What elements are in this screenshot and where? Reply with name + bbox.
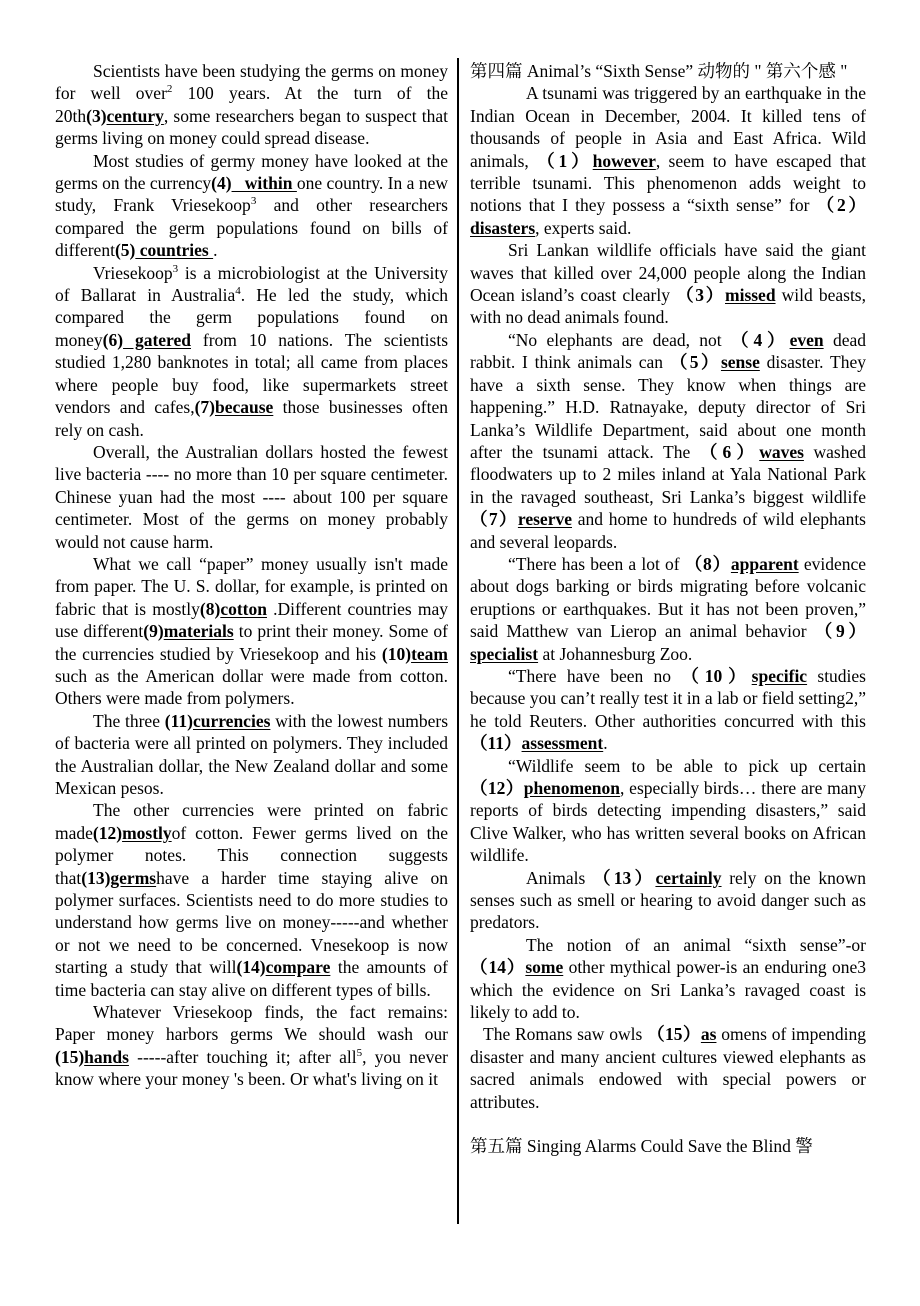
paragraph: The other currencies were printed on fab… — [55, 799, 448, 1001]
answer-blank: century — [107, 106, 164, 126]
text-run: （4） — [731, 330, 790, 350]
text-run: （10） — [681, 666, 751, 686]
text-run: （6） — [700, 442, 759, 462]
text-run: (13) — [81, 868, 110, 888]
left-column: Scientists have been studying the germs … — [55, 60, 448, 1091]
paragraph: Vriesekoop3 is a microbiologist at the U… — [55, 262, 448, 441]
answer-blank: even — [790, 330, 824, 350]
text-run: (8) — [200, 599, 220, 619]
answer-blank: specific — [752, 666, 807, 686]
text-run: (3) — [86, 106, 106, 126]
answer-blank: materials — [164, 621, 234, 641]
text-run: . — [213, 240, 217, 260]
paragraph: “There has been a lot of （8）apparent evi… — [470, 553, 866, 665]
answer-blank: certainly — [655, 868, 721, 888]
right-column: 第四篇 Animal’s “Sixth Sense” 动物的 " 第六个感 "A… — [470, 60, 866, 1158]
answer-blank: hands — [84, 1047, 129, 1067]
answer-blank: countries — [135, 240, 213, 260]
answer-blank: as — [701, 1024, 717, 1044]
paragraph: Overall, the Australian dollars hosted t… — [55, 441, 448, 553]
paragraph: “Wildlife seem to be able to pick up cer… — [470, 755, 866, 867]
text-run: such as the American dollar were made fr… — [55, 666, 448, 708]
answer-blank: because — [215, 397, 273, 417]
text-run: （8） — [685, 554, 731, 574]
paragraph: A tsunami was triggered by an earthquake… — [470, 82, 866, 239]
section-heading: 第五篇 Singing Alarms Could Save the Blind … — [470, 1135, 866, 1157]
text-run: （9） — [815, 621, 866, 641]
text-run: “There have been no — [508, 666, 681, 686]
text-run: Animals — [526, 868, 593, 888]
text-run: （15） — [647, 1024, 701, 1044]
text-run: （7） — [470, 509, 518, 529]
text-run: (9) — [143, 621, 163, 641]
text-run: at Johannesburg Zoo. — [538, 644, 692, 664]
text-run: 第五篇 Singing Alarms Could Save the Blind … — [470, 1136, 813, 1156]
answer-blank: mostly — [122, 823, 172, 843]
column-divider — [457, 58, 459, 1224]
text-run: （2） — [817, 195, 866, 215]
text-run: (6) — [103, 330, 123, 350]
text-run: (5) — [115, 240, 135, 260]
paragraph: The notion of an animal “sixth sense”-or… — [470, 934, 866, 1024]
paragraph: Most studies of germy money have looked … — [55, 150, 448, 262]
text-run: “Wildlife seem to be able to pick up cer… — [508, 756, 866, 776]
paragraph: “There have been no （10）specific studies… — [470, 665, 866, 755]
text-run: （13） — [593, 868, 655, 888]
text-run: “No elephants are dead, not — [508, 330, 731, 350]
text-run: The notion of an animal “sixth sense”-or — [526, 935, 866, 955]
text-run: Vriesekoop — [93, 263, 173, 283]
answer-blank: waves — [759, 442, 804, 462]
answer-blank: disasters — [470, 218, 535, 238]
text-run: (7) — [195, 397, 215, 417]
answer-blank: cotton — [220, 599, 267, 619]
answer-blank: germs — [110, 868, 156, 888]
text-run: -----after touching it; after all — [129, 1047, 357, 1067]
text-run: The Romans saw owls — [483, 1024, 647, 1044]
text-run: （12） — [470, 778, 524, 798]
text-run: Whatever Vriesekoop finds, the fact rema… — [55, 1002, 448, 1044]
text-run: （3） — [676, 285, 725, 305]
paragraph: The three (11)currencies with the lowest… — [55, 710, 448, 800]
answer-blank: within — [232, 173, 297, 193]
answer-blank: team — [411, 644, 448, 664]
text-run: （11） — [470, 733, 522, 753]
answer-blank: specialist — [470, 644, 538, 664]
text-run: （1） — [537, 151, 593, 171]
text-run: Overall, the Australian dollars hosted t… — [55, 442, 448, 552]
answer-blank: reserve — [518, 509, 572, 529]
text-run: 第四篇 Animal’s “Sixth Sense” 动物的 " 第六个感 " — [470, 61, 847, 81]
text-run: The three — [93, 711, 165, 731]
paragraph: Whatever Vriesekoop finds, the fact rema… — [55, 1001, 448, 1091]
text-run: （14） — [470, 957, 525, 977]
text-run: . — [603, 733, 607, 753]
text-run: (10) — [382, 644, 411, 664]
answer-blank: compare — [266, 957, 331, 977]
text-run: , experts said. — [535, 218, 631, 238]
section-heading: 第四篇 Animal’s “Sixth Sense” 动物的 " 第六个感 " — [470, 60, 866, 82]
answer-blank: missed — [725, 285, 776, 305]
paragraph: Scientists have been studying the germs … — [55, 60, 448, 150]
paragraph: The Romans saw owls （15）as omens of impe… — [470, 1023, 866, 1113]
document-page: Scientists have been studying the germs … — [0, 0, 920, 1306]
paragraph: Animals （13）certainly rely on the known … — [470, 867, 866, 934]
text-run: (14) — [236, 957, 265, 977]
paragraph: What we call “paper” money usually isn't… — [55, 553, 448, 710]
text-run: “There has been a lot of — [508, 554, 685, 574]
answer-blank: apparent — [731, 554, 799, 574]
text-run: (4) — [211, 173, 231, 193]
text-run: （5） — [670, 352, 721, 372]
answer-blank: some — [525, 957, 563, 977]
paragraph: “No elephants are dead, not （4）even dead… — [470, 329, 866, 553]
answer-blank: gatered — [123, 330, 191, 350]
paragraph: Sri Lankan wildlife officials have said … — [470, 239, 866, 329]
answer-blank: sense — [721, 352, 760, 372]
answer-blank: phenomenon — [524, 778, 620, 798]
answer-blank: currencies — [193, 711, 270, 731]
text-run: (12) — [93, 823, 122, 843]
answer-blank: however — [593, 151, 656, 171]
text-run: (11) — [165, 711, 193, 731]
text-run: (15) — [55, 1047, 84, 1067]
answer-blank: assessment — [522, 733, 604, 753]
